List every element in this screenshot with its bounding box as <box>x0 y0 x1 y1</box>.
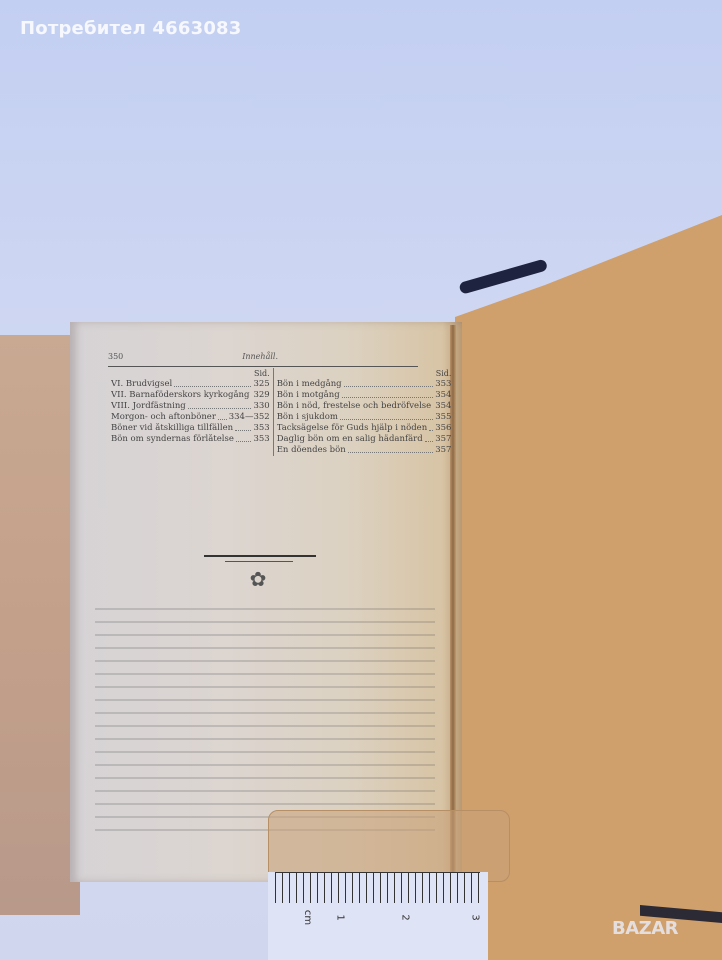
running-header: Innehåll. <box>242 352 278 364</box>
toc-entry: VI. Brudvigsel325 <box>111 379 270 390</box>
toc-col-header: Sid. <box>111 368 270 379</box>
toc-column-left: Sid. VI. Brudvigsel325 VII. Barnafödersk… <box>108 368 274 456</box>
ruler-ticks <box>275 872 480 903</box>
toc-col-header: Sid. <box>277 368 452 379</box>
table-of-contents: Sid. VI. Brudvigsel325 VII. Barnafödersk… <box>108 368 420 456</box>
ruler-unit-label: cm <box>302 910 313 925</box>
toc-entry: En döendes bön357 <box>277 445 452 456</box>
ruler-number: 1 <box>335 914 346 920</box>
toc-entry: Bön i medgång353 <box>277 379 452 390</box>
toc-entry: Morgon- och aftonböner334—352 <box>111 412 270 423</box>
table-surface <box>0 335 80 915</box>
ornament-divider-short <box>225 561 293 562</box>
ruler-number: 3 <box>470 914 481 920</box>
ruler-number: 2 <box>400 914 411 920</box>
toc-entry: Bön i motgång354 <box>277 390 452 401</box>
flower-ornament-icon: ✿ <box>247 566 269 592</box>
toc-entry: Bön i nöd, frestelse och bedröfvelse354 <box>277 401 452 412</box>
page-header: 350 Innehåll. <box>108 352 418 367</box>
toc-entry: Bön i sjukdom355 <box>277 412 452 423</box>
bleed-through-text <box>95 600 435 840</box>
toc-entry: VIII. Jordfästning330 <box>111 401 270 412</box>
ornament-divider <box>204 555 316 557</box>
user-watermark: Потребител 4663083 <box>20 18 242 39</box>
bazar-logo: BAZAR <box>612 918 678 939</box>
toc-entry: VII. Barnaföderskors kyrkogång329 <box>111 390 270 401</box>
toc-entry: Tacksägelse för Guds hjälp i nöden356 <box>277 423 452 434</box>
toc-column-right: Sid. Bön i medgång353 Bön i motgång354 B… <box>274 368 455 456</box>
toc-entry: Bön om syndernas förlåtelse353 <box>111 434 270 445</box>
toc-entry: Böner vid åtskilliga tillfällen353 <box>111 423 270 434</box>
toc-entry: Daglig bön om en salig hädanfärd357 <box>277 434 452 445</box>
page-number: 350 <box>108 352 123 364</box>
